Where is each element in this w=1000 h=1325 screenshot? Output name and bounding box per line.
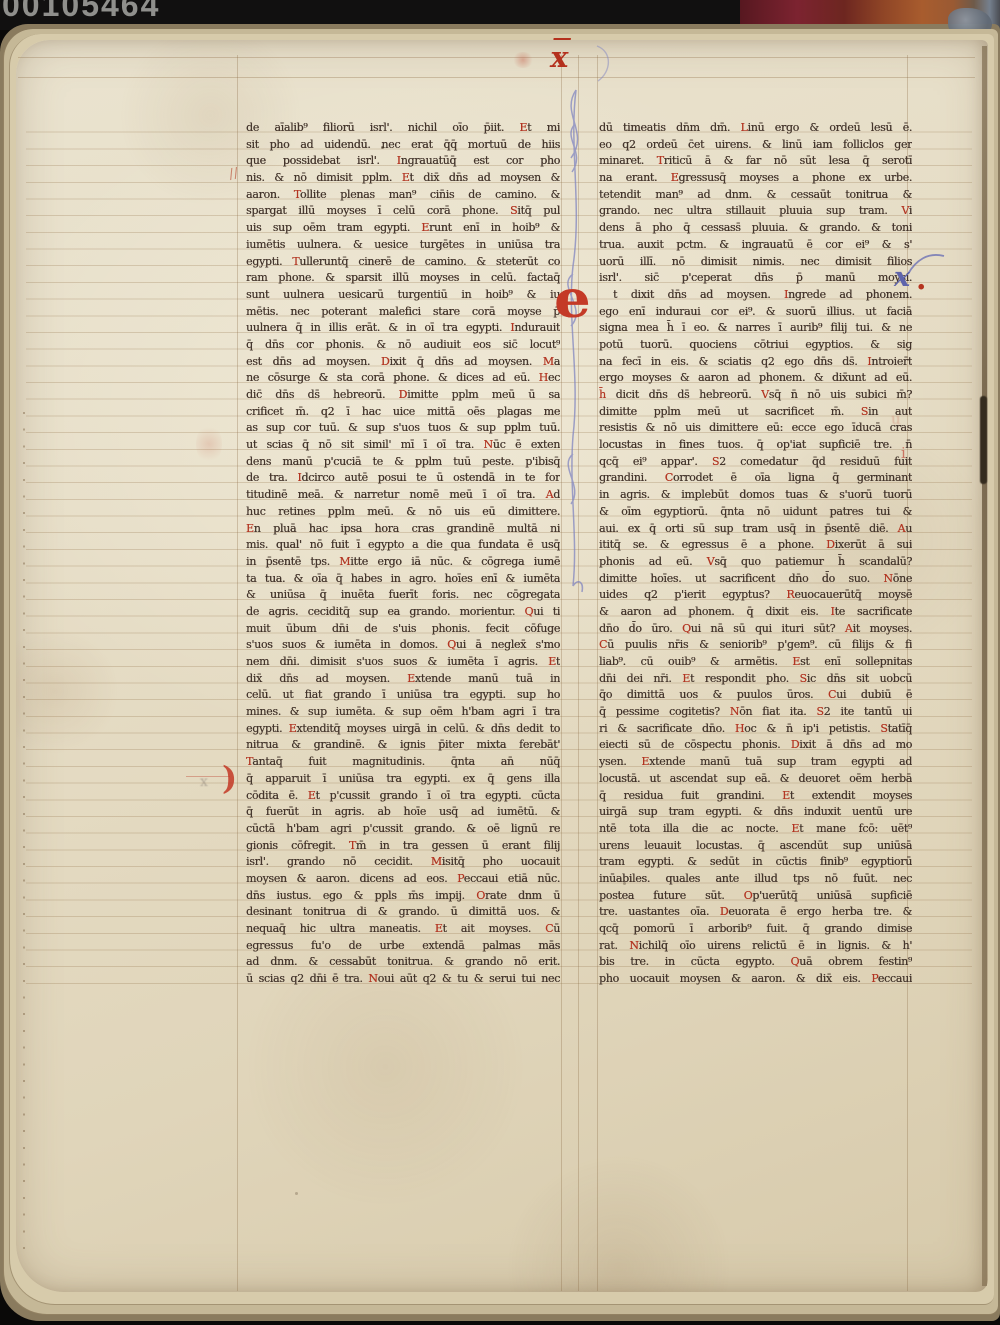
manuscript-line: locustā. ut ascendat sup eā. & deuoret o… <box>599 771 912 788</box>
manuscript-line: urens leuauit locustas. q̄ ascendūt sup … <box>599 838 912 855</box>
manuscript-line: isrl'. grando nō cecidit. Misitq̄ pho uo… <box>246 854 560 871</box>
manuscript-line: postea future sūt. Op'uerūtq̄ uniūsā sup… <box>599 888 912 905</box>
manuscript-line: desinant tonitrua di & grando. ū dimittā… <box>246 904 560 921</box>
manuscript-scan: 00105464 de aīalib⁹ filiorū isrl'. nichi… <box>0 0 1000 1325</box>
manuscript-line: liab⁹. cū ouib⁹ & armētis. Est enī solle… <box>599 654 912 671</box>
manuscript-line: dimitte hoīes. ut sacrificent dn̄o d̄o s… <box>599 571 912 588</box>
manuscript-line: grandini. Corrodet ē oīa ligna q̄ germin… <box>599 470 912 487</box>
manuscript-line: Tantaq̄ fuit magnitudinis. q̄nta an̄ nūq… <box>246 754 560 771</box>
manuscript-line: ego enī induraui cor ei⁹. & suorū illius… <box>599 304 912 321</box>
scan-number-label: 00105464 <box>2 0 160 24</box>
manuscript-line: mis. qual' nō fuit ī egypto a die qua fu… <box>246 537 560 554</box>
manuscript-line: q̄ dn̄s cor phonis. & nō audiuit eos sic… <box>246 337 560 354</box>
manuscript-line: dn̄i dei nr̄i. Et respondit pho. Sic dn̄… <box>599 671 912 688</box>
manuscript-line: huc retines pplm meū. & nō uis eū dimitt… <box>246 504 560 521</box>
manuscript-line: sunt uulnera uesicarū turgentiū in hoib⁹… <box>246 287 560 304</box>
chapter-number-letter: x <box>894 264 910 292</box>
manuscript-line: titudinē meā. & narretur nomē meū ī oī t… <box>246 487 560 504</box>
manuscript-line: & oīm egyptiorū. q̄nta nō uidunt patres … <box>599 504 912 521</box>
manuscript-line: dn̄s iustus. ego & ppls m̄s impij. Orate… <box>246 888 560 905</box>
manuscript-line: celū. ut fiat grando ī uniūsa tra egypti… <box>246 687 560 704</box>
manuscript-line: inūabiles. quales ante illud tps nō fuūt… <box>599 871 912 888</box>
manuscript-line: cūctā h'bam agri p'cussit grando. & oē l… <box>246 821 560 838</box>
manuscript-line: dix̄ dn̄s ad moysen. Extende manū tuā in <box>246 671 560 688</box>
manuscript-line: egressus fu'o de urbe extendā palmas mās <box>246 938 560 955</box>
manuscript-line: ri & sacrificate dn̄o. Hoc & n̄ ip'i pet… <box>599 721 912 738</box>
manuscript-line: minaret. Triticū ā & far nō sūt lesa q̄ … <box>599 153 912 170</box>
manuscript-line: bis tre. in cūcta egypto. Quā obrem fest… <box>599 954 912 971</box>
manuscript-line: nis. & nō dimisit pplm. Et dix̄ dn̄s ad … <box>246 170 560 187</box>
manuscript-line: tetendit man⁹ ad dnm. & cessaūt tonitrua… <box>599 187 912 204</box>
sewing-thread <box>980 396 987 484</box>
manuscript-line: ne cōsurge & sta corā phone. & dices ad … <box>246 370 560 387</box>
manuscript-line: q̄ apparuit ī uniūsa tra egypti. ex q̄ g… <box>246 771 560 788</box>
manuscript-line: s'uos suos & iumēta in domos. Qui ā negl… <box>246 637 560 654</box>
manuscript-line: egypti. Tulleruntq̄ cinerē de camino. & … <box>246 254 560 271</box>
chapter-initial-letter: e <box>554 280 606 321</box>
manuscript-line: egypti. Extenditq̄ moyses uirgā in celū.… <box>246 721 560 738</box>
manuscript-line: tram egypti. & sedūt in cūctis finib⁹ eg… <box>599 854 912 871</box>
pen-flourish <box>560 86 598 594</box>
manuscript-line: t dixit dn̄s ad moysen. Ingrede ad phone… <box>599 287 912 304</box>
chapter-number-punct: . <box>916 262 926 297</box>
manuscript-line: nem dn̄i. dimisit s'uos suos & iumēta ī … <box>246 654 560 671</box>
manuscript-line: uis sup oēm tram egypti. Erunt enī in ho… <box>246 220 560 237</box>
manuscript-line: tre. uastantes oīa. Deuorata ē ergo herb… <box>599 904 912 921</box>
manuscript-line: spargat illū moyses ī celū corā phone. S… <box>246 203 560 220</box>
manuscript-line: ntē tota illa die ac nocte. Et mane fcō:… <box>599 821 912 838</box>
manuscript-line: ergo moyses & aaron ad phonem. & dix̄unt… <box>599 370 912 387</box>
manuscript-line: na erant. Egressusq̄ moyses a phone ex u… <box>599 170 912 187</box>
manuscript-line: uorū illī. nō dimisit nimis. nec dimisit… <box>599 254 912 271</box>
manuscript-line: nequaq̄ hic ultra maneatis. Et ait moyse… <box>246 921 560 938</box>
manuscript-line: ysen. Extende manū tuā sup tram egypti a… <box>599 754 912 771</box>
top-ruling-line-2 <box>18 77 975 78</box>
manuscript-line: locustas in fines tuos. q̄ op'iat supfic… <box>599 437 912 454</box>
manuscript-line: uides q2 p'ierit egyptus? Reuocauerūtq̄ … <box>599 587 912 604</box>
top-ruling-line-1 <box>18 57 975 58</box>
manuscript-line: qcq̄ ei⁹ appar'. S2 comedatur q̄d residu… <box>599 454 912 471</box>
manuscript-line: pho uocauit moysen & aaron. & dix̄ eis. … <box>599 971 912 988</box>
manuscript-line: de agris. ceciditq̄ sup ea grando. morie… <box>246 604 560 621</box>
manuscript-line: qcq̄ pomorū ī arborib⁹ fuit. q̄ grando d… <box>599 921 912 938</box>
manuscript-line: de aīalib⁹ filiorū isrl'. nichil oīo p̄i… <box>246 120 560 137</box>
manuscript-line: dn̄o d̄o ūro. Qui nā sū qui ituri sūt? A… <box>599 621 912 638</box>
manuscript-line: signa mea h̄ ī eo. & narres ī aurib⁹ fil… <box>599 320 912 337</box>
manuscript-line: trua. auxit pctm. & ingrauatū ē cor ei⁹ … <box>599 237 912 254</box>
manuscript-line: dimitte pplm meū ut sacrificet m̄. Sin a… <box>599 404 912 421</box>
manuscript-line: ta tua. & oīa q̄ habes in agro. hoīes en… <box>246 571 560 588</box>
manuscript-line: uulnera q̄ in illis erāt. & in oī tra eg… <box>246 320 560 337</box>
manuscript-line: in agris. & implebūt domos tuas & s'uorū… <box>599 487 912 504</box>
manuscript-line: Cū puulis nr̄is & seniorib⁹ p'gem⁹. cū f… <box>599 637 912 654</box>
manuscript-line: eo q2 ordeū c̄et uirens. & linū iam foll… <box>599 137 912 154</box>
manuscript-line: muit ūbum dn̄i de s'uis phonis. fecit cō… <box>246 621 560 638</box>
manuscript-line: de tra. Idcirco autē posui te ū ostendā … <box>246 470 560 487</box>
vertical-rule-1 <box>237 55 238 1291</box>
manuscript-line: mētis. nec poterant malefici stare corā … <box>246 304 560 321</box>
manuscript-line: ū scias q2 dn̄i ē tra. Noui aūt q2 & tu … <box>246 971 560 988</box>
manuscript-line: mines. & sup iumēta. & sup oēm h'bam agr… <box>246 704 560 721</box>
manuscript-line: dens manū p'cuciā te & pplm tuū peste. p… <box>246 454 560 471</box>
manuscript-line: potū tuorū. quociens cōtriui egyptios. &… <box>599 337 912 354</box>
manuscript-line: aaron. Tollite plenas man⁹ cin̄is de cam… <box>246 187 560 204</box>
left-margin-bleedthrough <box>196 424 222 464</box>
manuscript-line: est dn̄s ad moysen. Dixit q̄ dn̄s ad moy… <box>246 354 560 371</box>
manuscript-line: eiecti sū de cōspectu phonis. Dixit ā dn… <box>599 737 912 754</box>
manuscript-line: q̄ pessime cogitetis? Nōn fiat ita. S2 i… <box>599 704 912 721</box>
manuscript-line: & aaron ad phonem. q̄ dixit eis. Ite sac… <box>599 604 912 621</box>
running-title-offset-ghost <box>512 52 534 68</box>
manuscript-line: h̄ dicit dn̄s ds̄ hebreorū. Vsq̄ n̄ nō u… <box>599 387 912 404</box>
manuscript-line: nitrua & grandinē. & ignis p̄iter mixta … <box>246 737 560 754</box>
manuscript-line: ut scias q̄ nō sit simil' mī ī oī tra. N… <box>246 437 560 454</box>
margin-paraph-mark: ) <box>222 762 237 794</box>
pricking-dots <box>23 412 25 1252</box>
manuscript-line: uirgā sup tram egypti. & dn̄s induxit ue… <box>599 804 912 821</box>
manuscript-line: as sup cor tuū. & sup s'uos tuos & sup p… <box>246 420 560 437</box>
manuscript-line: q̄ residua fuit grandini. Et extendit mo… <box>599 788 912 805</box>
manuscript-line: & uniūsa q̄ inuēta fuerīt foris. nec cōg… <box>246 587 560 604</box>
manuscript-line: ad dnm. & cessabūt tonitrua. & grando nō… <box>246 954 560 971</box>
manuscript-line: q̄ fuerūt in agris. ab hoīe usq̄ ad iumē… <box>246 804 560 821</box>
manuscript-line: cōdita ē. Et p'cussit grando ī oī tra eg… <box>246 788 560 805</box>
manuscript-line: ititq̄ se. & egressus ē a phone. Dixerūt… <box>599 537 912 554</box>
paraph-ghost-mark: x <box>200 774 208 790</box>
manuscript-line: crificet m̄. q2 ī hac uice mittā oēs pla… <box>246 404 560 421</box>
manuscript-line: En pluā hac ipsa hora cras grandinē mult… <box>246 521 560 538</box>
fore-edge-line <box>982 46 987 1286</box>
manuscript-line: in p̄sentē tps. Mitte ergo iā nūc. & cōg… <box>246 554 560 571</box>
manuscript-line: ram phone. & sparsit illū moyses in celū… <box>246 270 560 287</box>
manuscript-line: na fecī in eis. & sciatis q2 ego dn̄s ds… <box>599 354 912 371</box>
manuscript-line: dens ā pho q̄ cessass̄ pluuia. & grando.… <box>599 220 912 237</box>
running-title-flourish <box>592 42 618 84</box>
manuscript-line: moysen & aaron. dicens ad eos. Peccaui e… <box>246 871 560 888</box>
manuscript-line: dic̄ dn̄s ds̄ hebreorū. Dimitte pplm meū… <box>246 387 560 404</box>
manuscript-line: isrl'. sic̄ p'ceperat dn̄s p̄ manū moysi… <box>599 270 912 287</box>
manuscript-line: q̄o dimittā uos & puulos ūros. Cui dubiū… <box>599 687 912 704</box>
margin-chapter-number: x . <box>884 252 954 312</box>
manuscript-line: dū timeatis dn̄m dm̄. Linū ergo & ordeū … <box>599 120 912 137</box>
manuscript-line: gionis cōfregit. Tm̄ in tra gessen ū era… <box>246 838 560 855</box>
manuscript-line: aui. ex q̄ orti sū sup tram usq̄ in p̄se… <box>599 521 912 538</box>
manuscript-line: que possidebat isrl'. Ingrauatūq̄ est co… <box>246 153 560 170</box>
manuscript-line: rat. Nichilq̄ oīo uirens relictū ē in li… <box>599 938 912 955</box>
ink-specks <box>381 146 384 149</box>
manuscript-line: sit pho ad uidendū. nec erat q̄q̄ mortuū… <box>246 137 560 154</box>
manuscript-line: phonis ad eū. Vsq̄ quo patiemur h̄ scand… <box>599 554 912 571</box>
manuscript-line: iumētis uulnera. & uesice turgētes in un… <box>246 237 560 254</box>
manuscript-line: resistis & nō uis dimittere eū: ecce ego… <box>599 420 912 437</box>
text-column-left: de aīalib⁹ filiorū isrl'. nichil oīo p̄i… <box>246 120 560 988</box>
text-column-right: dū timeatis dn̄m dm̄. Linū ergo & ordeū … <box>599 120 912 988</box>
manuscript-line: grando. nec ultra stillauit pluuia sup t… <box>599 203 912 220</box>
